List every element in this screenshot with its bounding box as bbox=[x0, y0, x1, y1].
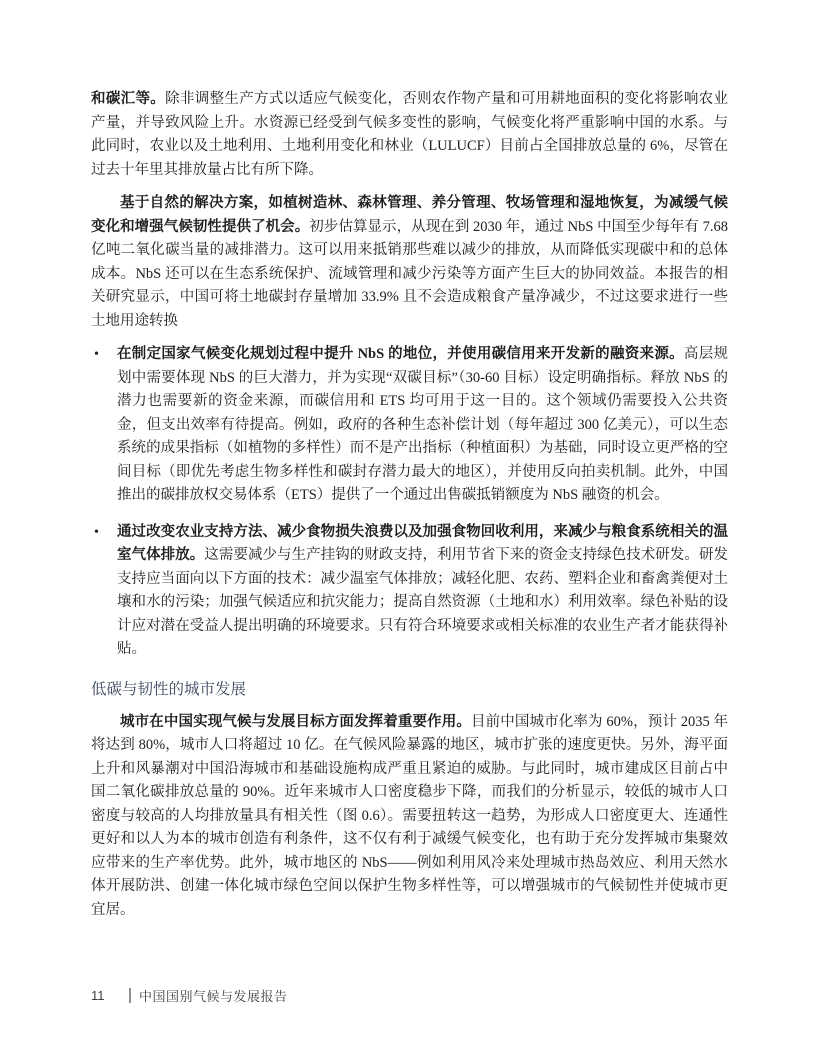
page-content: 和碳汇等。除非调整生产方式以适应气候变化，否则农作物产量和可用耕地面积的变化将影… bbox=[91, 88, 728, 932]
paragraph-lead-text: 和碳汇等。 bbox=[91, 91, 165, 107]
bullet-lead-text: 在制定国家气候变化规划过程中提升 NbS 的地位，并使用碳信用来开发新的融资来源… bbox=[117, 346, 684, 362]
paragraph-body-text: 除非调整生产方式以适应气候变化，否则农作物产量和可用耕地面积的变化将影响农业产量… bbox=[91, 91, 728, 178]
paragraph-nature-based-solutions: 基于自然的解决方案，如植树造林、森林管理、养分管理、牧场管理和湿地恢复，为减缓气… bbox=[91, 192, 728, 333]
footer-divider bbox=[129, 988, 131, 1003]
paragraph-lead-text: 城市在中国实现气候与发展目标方面发挥着重要作用。 bbox=[120, 714, 471, 730]
paragraph-body-text: 目前中国城市化率为 60%，预计 2035 年将达到 80%，城市人口将超过 1… bbox=[91, 714, 728, 918]
bullet-item-food-system-emissions: •通过改变农业支持方法、减少食物损失浪费以及加强食物回收利用，来减少与粮食系统相… bbox=[91, 521, 728, 662]
bullet-dot-icon: • bbox=[94, 521, 99, 545]
section-heading-urban-development: 低碳与韧性的城市发展 bbox=[91, 679, 728, 700]
bullet-list: •在制定国家气候变化规划过程中提升 NbS 的地位，并使用碳信用来开发新的融资来… bbox=[91, 343, 728, 662]
bullet-dot-icon: • bbox=[94, 343, 99, 367]
paragraph-body-text: 初步估算显示，从现在到 2030 年，通过 NbS 中国至少每年有 7.68 亿… bbox=[91, 219, 728, 329]
paragraph-agriculture-carbon-sinks: 和碳汇等。除非调整生产方式以适应气候变化，否则农作物产量和可用耕地面积的变化将影… bbox=[91, 88, 728, 182]
page-number: 11 bbox=[91, 988, 129, 1003]
bullet-body-text: 这需要减少与生产挂钩的财政支持，利用节省下来的资金支持绿色技术研发。研发支持应当… bbox=[117, 547, 728, 657]
bullet-body-text: 高层规划中需要体现 NbS 的巨大潜力，并为实现“双碳目标”（30-60 目标）… bbox=[117, 346, 728, 503]
paragraph-cities-climate-goals: 城市在中国实现气候与发展目标方面发挥着重要作用。目前中国城市化率为 60%，预计… bbox=[91, 711, 728, 923]
report-title: 中国国别气候与发展报告 bbox=[139, 986, 288, 1005]
document-page: 和碳汇等。除非调整生产方式以适应气候变化，否则农作物产量和可用耕地面积的变化将影… bbox=[0, 0, 816, 1058]
page-footer: 11 中国国别气候与发展报告 bbox=[91, 986, 288, 1005]
bullet-item-nbs-financing: •在制定国家气候变化规划过程中提升 NbS 的地位，并使用碳信用来开发新的融资来… bbox=[91, 343, 728, 508]
